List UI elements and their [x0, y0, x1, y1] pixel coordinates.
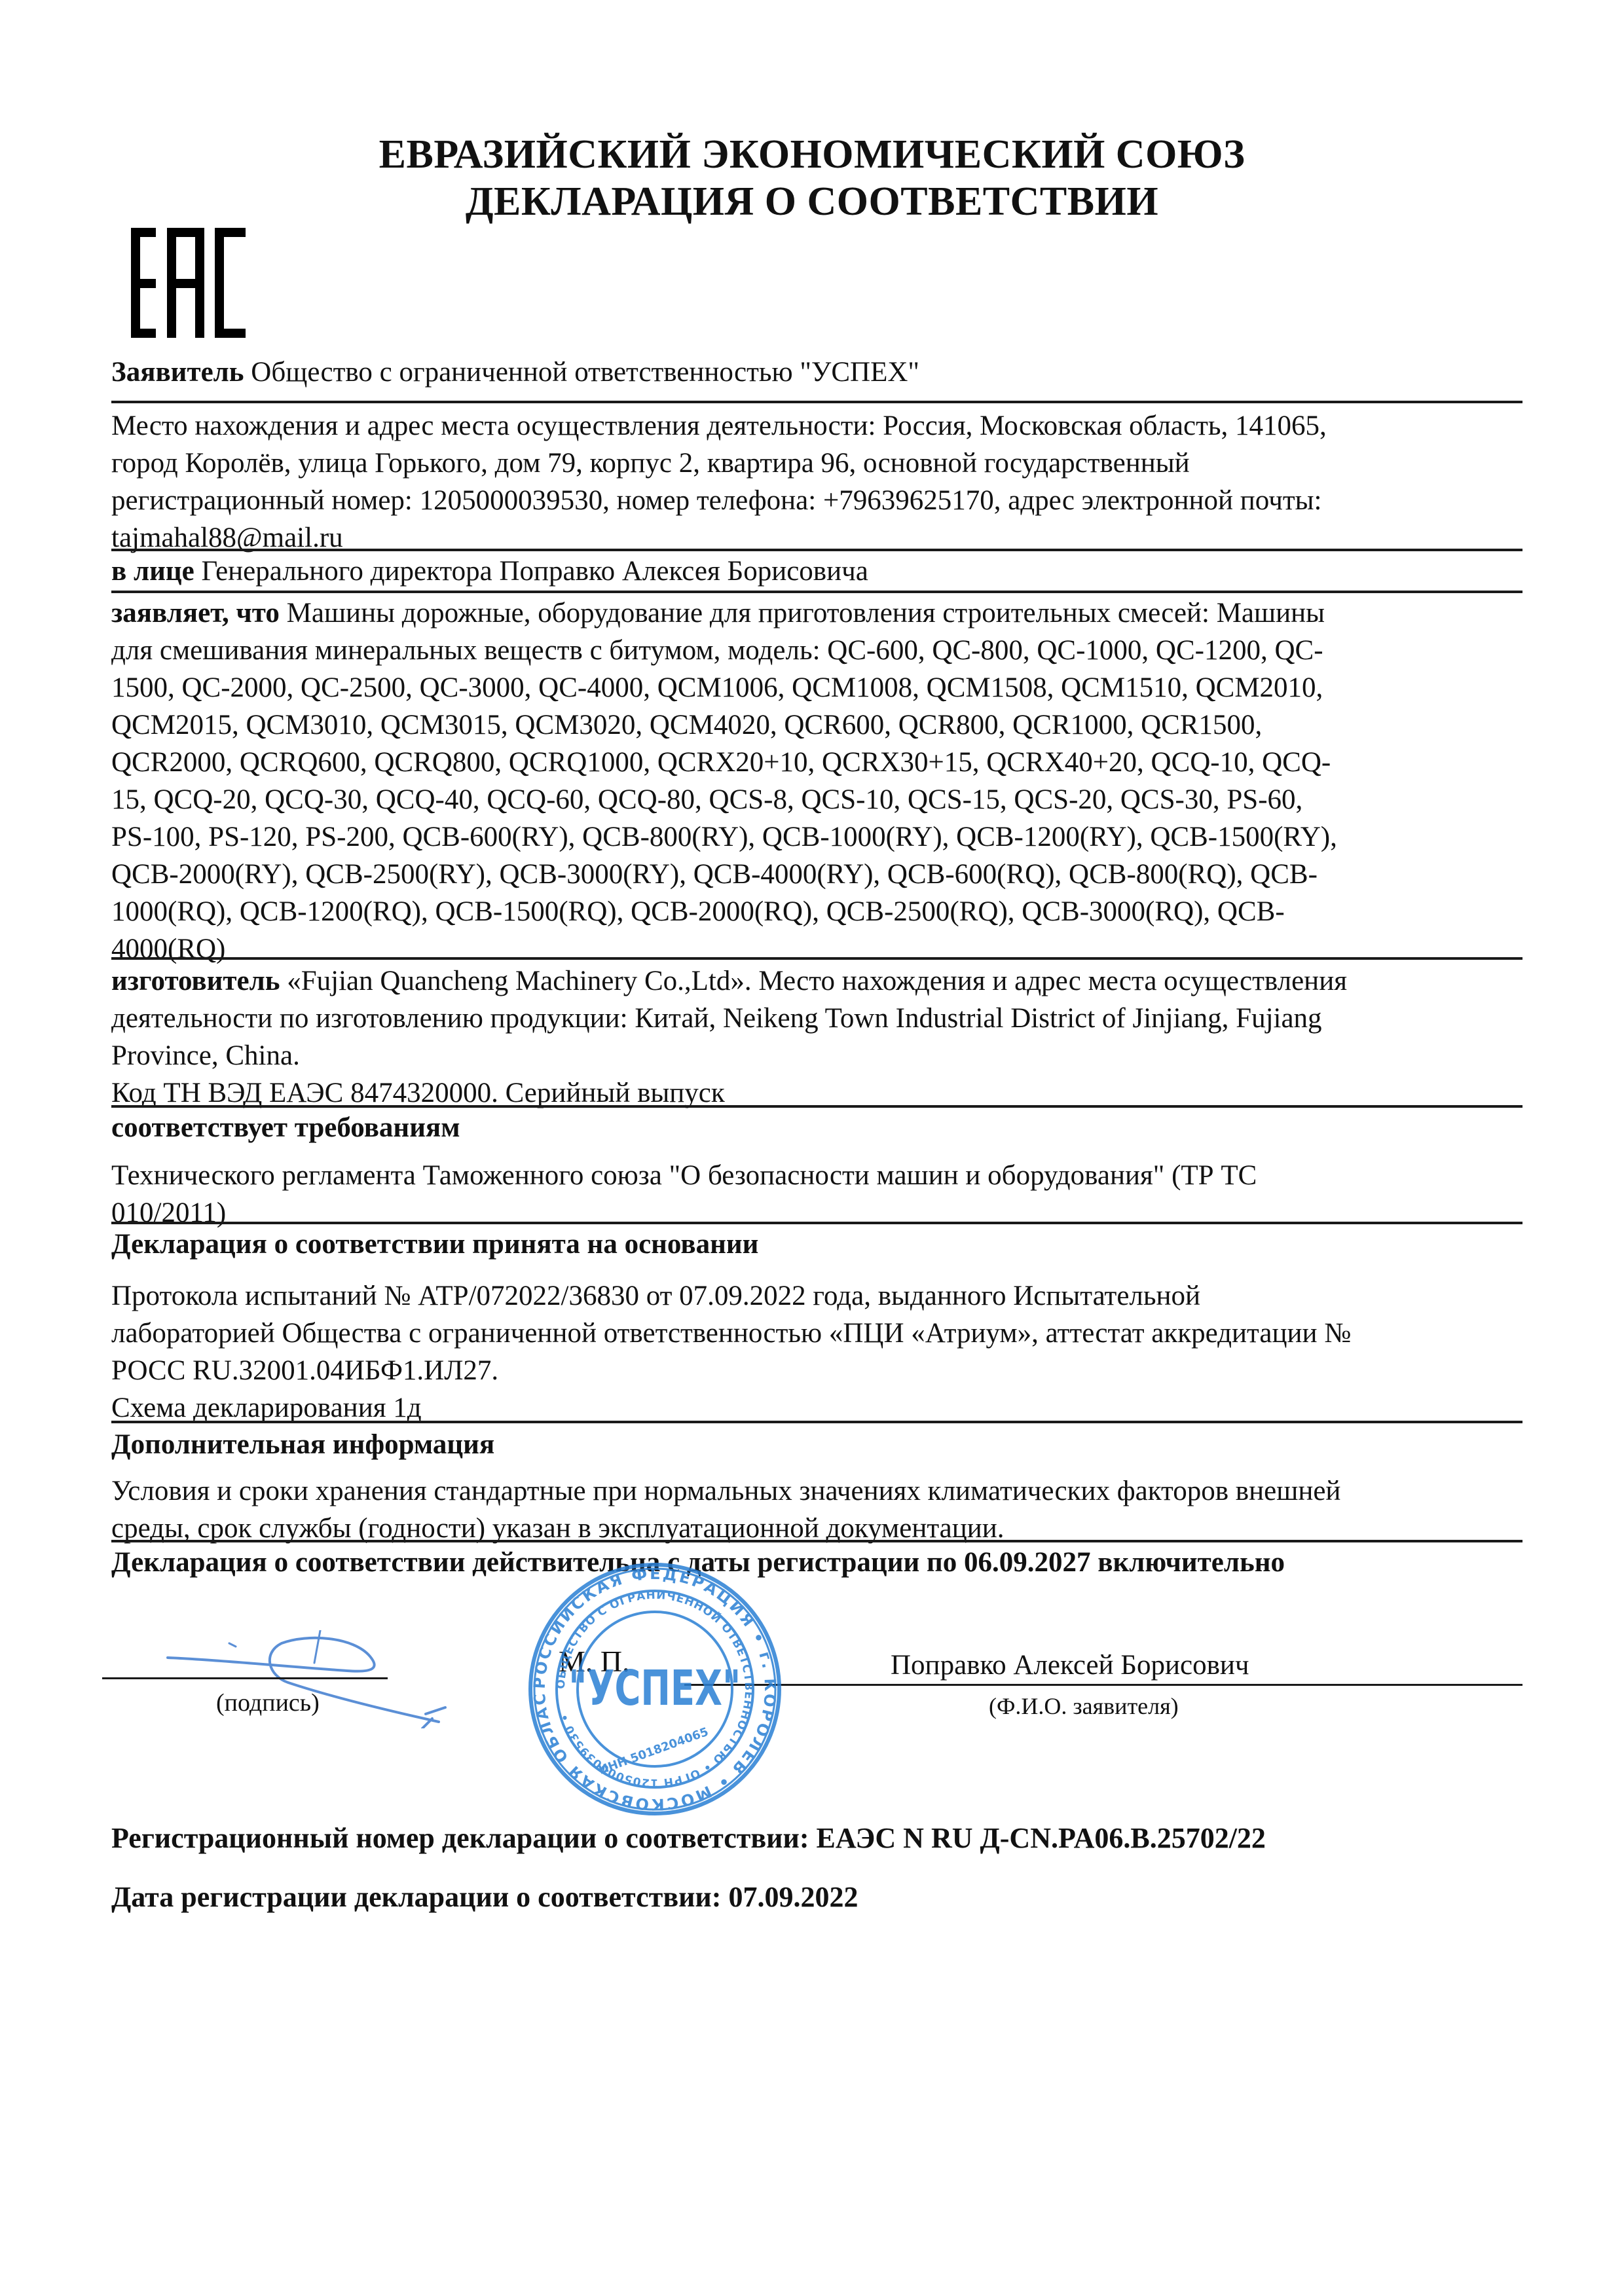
declares-label: заявляет, что	[111, 598, 280, 629]
product-line: PS-100, PS-120, PS-200, QCB-600(RY), QCB…	[111, 818, 1522, 856]
conforms-label: соответствует требованиям	[111, 1109, 1522, 1146]
registration-date-label: Дата регистрации декларации о соответств…	[111, 1881, 721, 1913]
additional-section: Дополнительная информация Условия и срок…	[111, 1426, 1522, 1547]
conforms-section: соответствует требованиям Технического р…	[111, 1109, 1522, 1231]
regulation-line: Технического регламента Таможенного союз…	[111, 1157, 1522, 1194]
manufacturer-label: изготовитель	[111, 966, 280, 996]
product-line: для смешивания минеральных веществ с бит…	[111, 632, 1522, 669]
applicant-label: Заявитель	[111, 357, 244, 388]
registration-date: 07.09.2022	[728, 1881, 858, 1913]
applicant-full-name: Поправко Алексей Борисович	[891, 1651, 1249, 1679]
product-line: Машины дорожные, оборудование для пригот…	[287, 598, 1325, 629]
represented-by: в лице Генерального директора Поправко А…	[111, 553, 1522, 590]
divider	[111, 1540, 1522, 1542]
address-line: город Королёв, улица Горького, дом 79, к…	[111, 445, 1522, 482]
applicant-section: Заявитель Общество с ограниченной ответс…	[111, 354, 1522, 391]
basis-label: Декларация о соответствии принята на осн…	[111, 1226, 1522, 1263]
eac-logo-icon	[131, 228, 246, 338]
divider	[111, 591, 1522, 593]
registration-number-label: Регистрационный номер декларации о соотв…	[111, 1822, 809, 1854]
registration-number-row: Регистрационный номер декларации о соотв…	[111, 1824, 1266, 1853]
additional-line: Условия и сроки хранения стандартные при…	[111, 1472, 1522, 1510]
product-line: 1000(RQ), QCB-1200(RQ), QCB-1500(RQ), QC…	[111, 893, 1522, 930]
basis-line: Протокола испытаний № АТР/072022/36830 о…	[111, 1277, 1522, 1315]
basis-section: Декларация о соответствии принята на осн…	[111, 1226, 1522, 1427]
basis-line: лабораторией Общества с ограниченной отв…	[111, 1315, 1522, 1352]
document-title-union: ЕВРАЗИЙСКИЙ ЭКОНОМИЧЕСКИЙ СОЮЗ	[0, 134, 1624, 175]
validity-text: Декларация о соответствии действительна …	[111, 1544, 1522, 1581]
divider	[111, 957, 1522, 960]
address-line: регистрационный номер: 1205000039530, но…	[111, 482, 1522, 519]
manufacturer-line: деятельности по изготовлению продукции: …	[111, 1000, 1522, 1037]
product-line: QCM2015, QCM3010, QCM3015, QCM3020, QCM4…	[111, 706, 1522, 744]
product-line: 1500, QC-2000, QC-2500, QC-3000, QC-4000…	[111, 669, 1522, 706]
validity-section: Декларация о соответствии действительна …	[111, 1544, 1522, 1581]
declares-section: заявляет, что Машины дорожные, оборудова…	[111, 594, 1522, 968]
signature-caption: (подпись)	[216, 1690, 320, 1715]
manufacturer-section: изготовитель «Fujian Quancheng Machinery…	[111, 962, 1522, 1112]
applicant-name: Общество с ограниченной ответственностью…	[251, 357, 919, 388]
name-caption: (Ф.И.О. заявителя)	[989, 1694, 1179, 1718]
svg-text:"УСПЕХ": "УСПЕХ"	[568, 1661, 741, 1717]
company-stamp-icon: РОССИЙСКАЯ ФЕДЕРАЦИЯ • г. КОРОЛЁВ • МОСК…	[524, 1558, 786, 1820]
document-title-declaration: ДЕКЛАРАЦИЯ О СООТВЕТСТВИИ	[0, 181, 1624, 222]
name-underline	[684, 1684, 1522, 1686]
represented-label: в лице	[111, 556, 194, 587]
product-line: 15, QCQ-20, QCQ-30, QCQ-40, QCQ-60, QCQ-…	[111, 781, 1522, 818]
divider	[111, 549, 1522, 551]
signature-underline	[103, 1677, 388, 1679]
divider	[111, 1105, 1522, 1108]
registration-number: ЕАЭС N RU Д-CN.PA06.B.25702/22	[817, 1822, 1266, 1854]
registration-date-row: Дата регистрации декларации о соответств…	[111, 1883, 858, 1912]
divider	[111, 1222, 1522, 1224]
represented-value: Генерального директора Поправко Алексея …	[201, 556, 868, 587]
manufacturer-line: Province, China.	[111, 1037, 1522, 1074]
declaration-page: ЕВРАЗИЙСКИЙ ЭКОНОМИЧЕСКИЙ СОЮЗ ДЕКЛАРАЦИ…	[0, 0, 1624, 2296]
divider	[111, 1421, 1522, 1423]
product-line: QCR2000, QCRQ600, QCRQ800, QCRQ1000, QCR…	[111, 744, 1522, 781]
address-line: Место нахождения и адрес места осуществл…	[111, 407, 1522, 445]
applicant-address: Место нахождения и адрес места осуществл…	[111, 407, 1522, 556]
basis-line: РОСС RU.32001.04ИБФ1.ИЛ27.	[111, 1352, 1522, 1389]
product-line: QCB-2000(RY), QCB-2500(RY), QCB-3000(RY)…	[111, 856, 1522, 893]
divider	[111, 401, 1522, 403]
manufacturer-line: «Fujian Quancheng Machinery Co.,Ltd». Ме…	[287, 966, 1347, 996]
additional-label: Дополнительная информация	[111, 1426, 1522, 1463]
